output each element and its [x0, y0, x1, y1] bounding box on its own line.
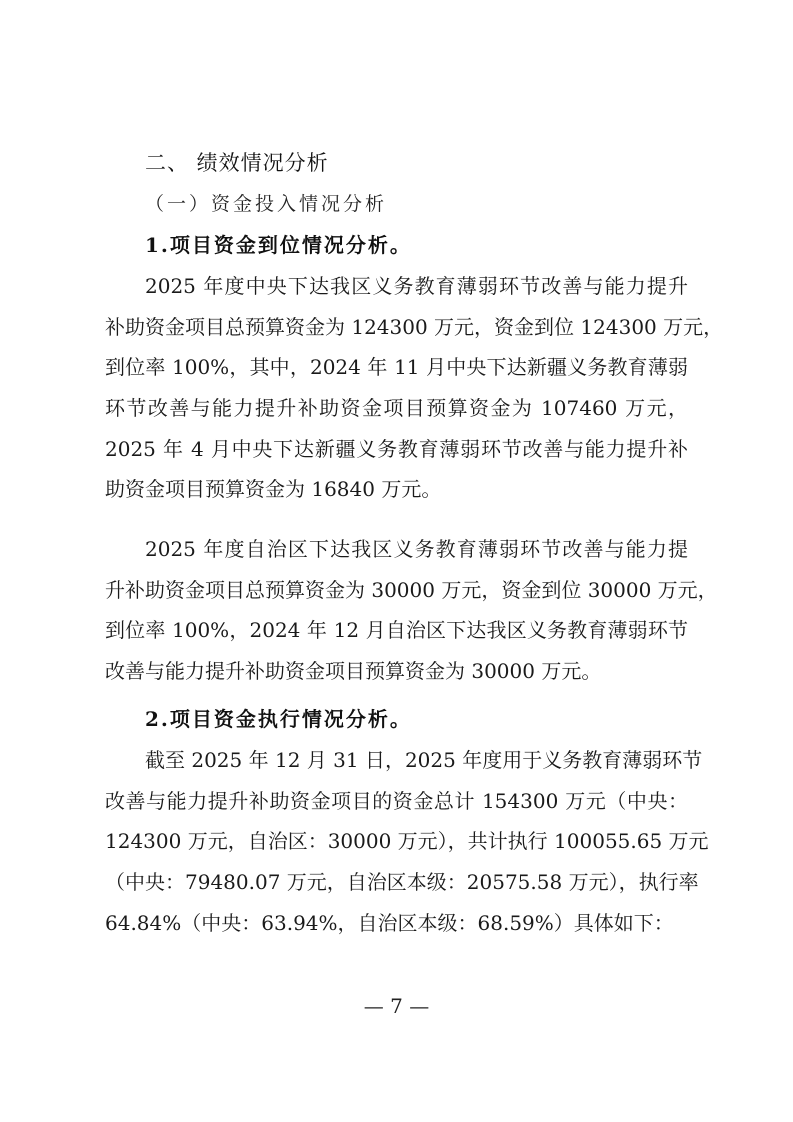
section1-title: 1.项目资金到位情况分析。 — [145, 229, 412, 261]
paragraph1-line: 助资金项目预算资金为 16840 万元。 — [105, 473, 688, 505]
page-number: — 7 — — [0, 990, 793, 1022]
heading-level2: （一）资金投入情况分析 — [145, 188, 387, 220]
paragraph1-line: 2025 年度中央下达我区义务教育薄弱环节改善与能力提升 — [145, 270, 688, 302]
paragraph1-line: 到位率 100%，其中，2024 年 11 月中央下达新疆义务教育薄弱 — [105, 351, 688, 383]
paragraph3-line: （中央：79480.07 万元，自治区本级：20575.58 万元），执行率 — [105, 866, 688, 898]
paragraph1-line: 2025 年 4 月中央下达新疆义务教育薄弱环节改善与能力提升补 — [105, 433, 688, 465]
paragraph2-line: 到位率 100%，2024 年 12 月自治区下达我区义务教育薄弱环节 — [105, 614, 688, 646]
paragraph2-line: 2025 年度自治区下达我区义务教育薄弱环节改善与能力提 — [145, 533, 688, 565]
paragraph3-line: 124300 万元，自治区：30000 万元），共计执行 100055.65 万… — [105, 825, 688, 857]
heading-level1: 二、 绩效情况分析 — [145, 147, 329, 179]
paragraph1-line: 环节改善与能力提升补助资金项目预算资金为 107460 万元， — [105, 392, 688, 424]
section2-title: 2.项目资金执行情况分析。 — [145, 703, 412, 735]
paragraph3-line: 截至 2025 年 12 月 31 日，2025 年度用于义务教育薄弱环节 — [145, 744, 688, 776]
paragraph3-line: 改善与能力提升补助资金项目的资金总计 154300 万元（中央： — [105, 785, 688, 817]
paragraph3-line: 64.84%（中央：63.94%，自治区本级：68.59%）具体如下： — [105, 907, 688, 939]
paragraph1-line: 补助资金项目总预算资金为 124300 万元，资金到位 124300 万元， — [105, 311, 688, 343]
paragraph2-line: 改善与能力提升补助资金项目预算资金为 30000 万元。 — [105, 655, 688, 687]
paragraph2-line: 升补助资金项目总预算资金为 30000 万元，资金到位 30000 万元， — [105, 574, 688, 606]
document-page: 二、 绩效情况分析 （一）资金投入情况分析 1.项目资金到位情况分析。 2025… — [0, 0, 793, 1122]
